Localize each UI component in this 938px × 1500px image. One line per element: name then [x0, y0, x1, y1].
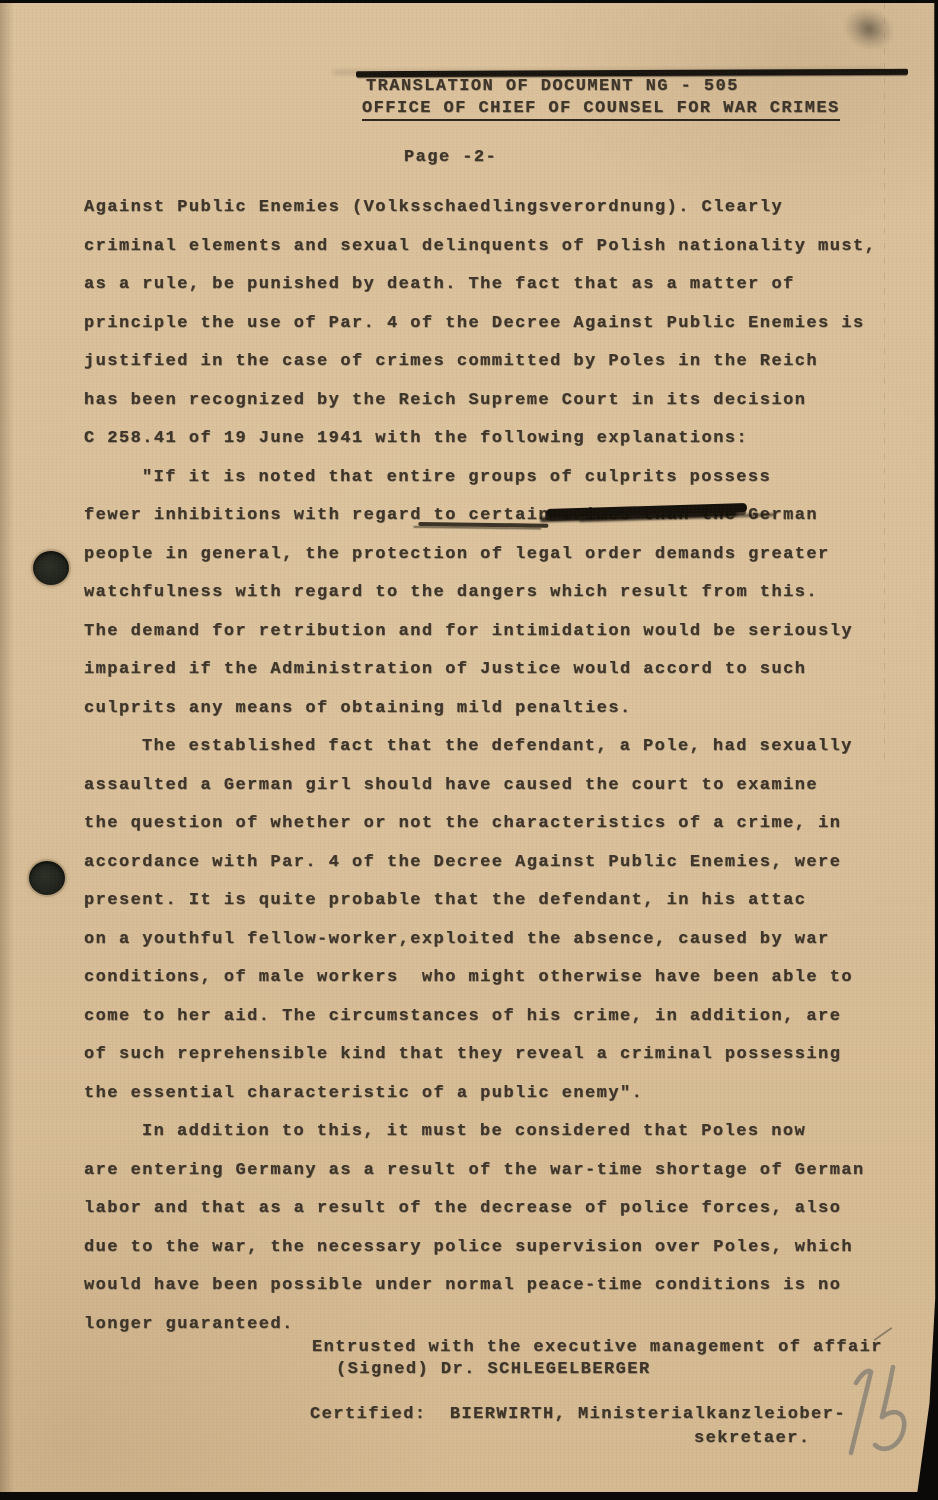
text-line: labor and that as a result of the decrea… [84, 1190, 904, 1229]
text-line: assaulted a German girl should have caus… [84, 767, 904, 806]
text-line: present. It is quite probable that the d… [84, 882, 904, 921]
text-line: Against Public Enemies (Volksschaedlings… [84, 189, 904, 228]
text-line: of such reprehensible kind that they rev… [84, 1036, 904, 1075]
text-line: people in general, the protection of leg… [84, 536, 904, 575]
text-line: In addition to this, it must be consider… [84, 1113, 904, 1152]
text-line: "If it is noted that entire groups of cu… [84, 459, 904, 498]
text-line: the essential characteristic of a public… [84, 1075, 904, 1114]
header-rule-line [356, 69, 908, 77]
text-line: C 258.41 of 19 June 1941 with the follow… [84, 420, 904, 459]
punch-hole-bottom [29, 861, 65, 895]
document-body: Against Public Enemies (Volksschaedlings… [84, 189, 904, 1344]
text-line: come to her aid. The circumstances of hi… [84, 998, 904, 1037]
text-line: criminal elements and sexual delinquents… [84, 228, 904, 267]
punch-hole-top [33, 551, 69, 585]
text-line: conditions, of male workers who might ot… [84, 959, 904, 998]
paper-crease [884, 3, 885, 763]
signature-sekretaer-line: sekretaer. [694, 1429, 811, 1448]
document-page: TRANSLATION OF DOCUMENT NG - 505 OFFICE … [0, 3, 938, 1492]
text-line: are entering Germany as a result of the … [84, 1152, 904, 1191]
document-title: TRANSLATION OF DOCUMENT NG - 505 [366, 77, 739, 96]
paragraph: In addition to this, it must be consider… [84, 1113, 904, 1344]
text-line: would have been possible under normal pe… [84, 1267, 904, 1306]
handwritten-page-number [826, 1359, 918, 1467]
text-line: impaired if the Administration of Justic… [84, 651, 904, 690]
text-line: the question of whether or not the chara… [84, 805, 904, 844]
text-line: due to the war, the necessary police sup… [84, 1229, 904, 1268]
paragraph: Against Public Enemies (Volksschaedlings… [84, 189, 904, 459]
page-number-label: Page -2- [404, 148, 497, 167]
text-line: culprits any means of obtaining mild pen… [84, 690, 904, 729]
strikethrough-scribble [546, 503, 747, 518]
signature-entrusted-line: Entrusted with the executive management … [312, 1338, 883, 1357]
text-line: on a youthful fellow-worker,exploited th… [84, 921, 904, 960]
text-line: fewer inhibitions with regard to certain… [84, 497, 904, 536]
signature-certified-line: Certified: BIERWIRTH, Ministerialkanzlei… [310, 1405, 846, 1424]
text-line: The demand for retribution and for intim… [84, 613, 904, 652]
text-line: watchfulness with regard to the dangers … [84, 574, 904, 613]
text-line: principle the use of Par. 4 of the Decre… [84, 305, 904, 344]
text-line: accordance with Par. 4 of the Decree Aga… [84, 844, 904, 883]
document-office-line: OFFICE OF CHIEF OF COUNSEL FOR WAR CRIME… [362, 99, 840, 121]
struck-text: crimes than the [562, 497, 737, 536]
paragraph: The established fact that the defendant,… [84, 728, 904, 1113]
signature-signed-line: (Signed) Dr. SCHLEGELBERGER [336, 1360, 651, 1379]
text-line: The established fact that the defendant,… [84, 728, 904, 767]
ink-smudge [837, 0, 900, 57]
text-line: justified in the case of crimes committe… [84, 343, 904, 382]
text-segment: German [737, 506, 819, 525]
text-line: has been recognized by the Reich Supreme… [84, 382, 904, 421]
text-line: as a rule, be punished by death. The fac… [84, 266, 904, 305]
paragraph: "If it is noted that entire groups of cu… [84, 459, 904, 729]
